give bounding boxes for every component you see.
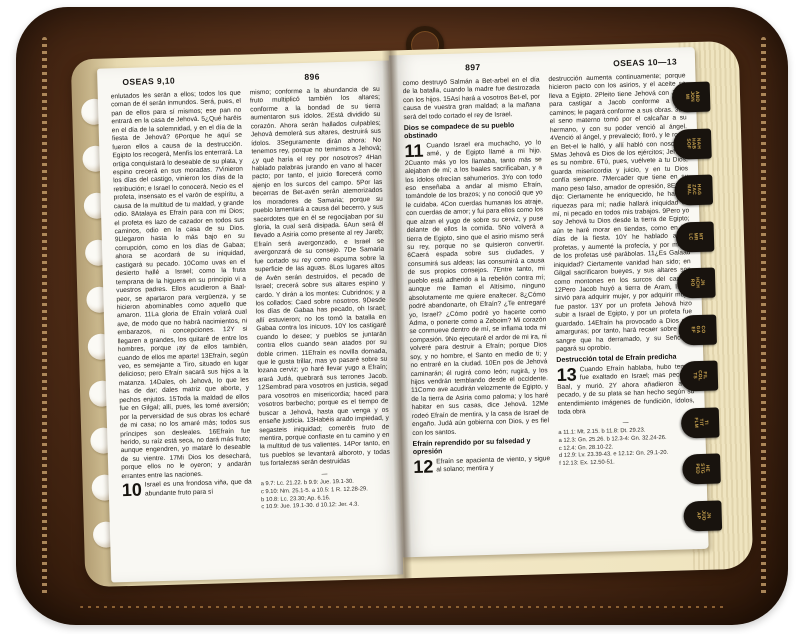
chapter-start: 13Cuando Efraín hablaba, hubo temor; fue…	[557, 363, 695, 417]
chapter-start: 11Cuando Israel era muchacho, yo lo amé,…	[404, 139, 549, 438]
thumb-tab-label: MTMRLC	[687, 232, 702, 240]
thumb-tab-co-ga-ef: COGAEF	[678, 314, 717, 345]
right-page: 897 OSEAS 10—13 como destruyó Salmán a B…	[389, 47, 709, 557]
thumb-tab-label: ABDJONMI	[683, 91, 698, 102]
thumb-tab-label: COGAEF	[690, 326, 705, 334]
thumb-tab-label: HESTGPED	[694, 464, 709, 475]
section-heading: Efraín reprendido por su falsedad y opre…	[413, 437, 550, 457]
chapter-number: 10	[122, 483, 142, 498]
thumb-tab-label: FILCOLTS	[691, 370, 706, 381]
bible-paragraph: como destruyó Salmán a Bet-arbel en el d…	[402, 76, 540, 122]
zipper-teeth-right	[761, 37, 766, 595]
section-heading: Dios se compadece de su pueblo obstinado	[404, 122, 541, 142]
thumb-tab-mt-mr-lc: MTMRLC	[676, 221, 715, 252]
stitching-bottom	[80, 606, 724, 608]
footnotes: —a 9.7: Lc. 21.22. b 9.9: Jue. 19.1-30.c…	[260, 469, 391, 512]
left-page-column-2: mismo; conforme a la abundancia de su fr…	[250, 86, 393, 570]
chapter-start: 10Israel es una frondosa viña, que da ab…	[122, 479, 252, 499]
right-page-header: 897 OSEAS 10—13	[402, 56, 685, 74]
thumb-tab-jn-jud-ap: JNJUDAP	[683, 500, 722, 531]
thumb-tab-nah-hab-sof: NAHHABSOF	[673, 128, 712, 159]
bible-paragraph: enlutados les serán a ellos; todos los q…	[111, 90, 252, 482]
thumb-tab-jn-hch-ro: JNHCHRO	[677, 268, 716, 299]
thumb-tab-he-stg-ped: HESTGPED	[682, 453, 721, 484]
left-page: OSEAS 9,10 896 enlutados les serán a ell…	[97, 61, 403, 583]
thumb-tab-label: NAHHABSOF	[685, 138, 700, 149]
thumb-tab-abd-jon-mi: ABDJONMI	[672, 82, 711, 113]
left-page-column-1: enlutados les serán a ellos; todos los q…	[111, 90, 254, 574]
chapter-number: 13	[557, 367, 577, 382]
bible-paragraph: destrucción aumenta continuamente; porqu…	[548, 72, 693, 354]
chapter-number: 12	[413, 459, 433, 474]
right-page-column-1: como destruyó Salmán a Bet-arbel en el d…	[402, 76, 552, 549]
thumb-tab-label: TITITFLM	[692, 417, 707, 428]
bible-photo: OSEAS 9,10 896 enlutados les serán a ell…	[0, 0, 800, 634]
thumb-tab-label: JNHCHRO	[689, 277, 704, 288]
thumb-tab-label: JNJUDAP	[695, 510, 710, 521]
thumb-tab-ti-tit-flm: TITITFLM	[681, 407, 720, 438]
running-head-left: OSEAS 9,10	[110, 76, 175, 88]
open-page-spread: OSEAS 9,10 896 enlutados les serán a ell…	[71, 41, 753, 587]
thumb-tab-fil-col-ts: FILCOLTS	[679, 360, 718, 391]
thumb-tab-hag-zac-mal: HAGZACMAL	[674, 175, 713, 206]
zipper-teeth-left	[42, 37, 47, 595]
chapter-number: 11	[404, 143, 423, 158]
footnotes: —a 11.1: Mt. 2.15. b 11.8: Dt. 29.23.a 1…	[558, 418, 696, 469]
page-number-left: 896	[304, 71, 320, 81]
left-page-header: OSEAS 9,10 896	[110, 70, 379, 88]
page-number-right: 897	[465, 62, 481, 72]
thumb-tab-label: HAGZACMAL	[686, 184, 701, 196]
running-head-right: OSEAS 10—13	[613, 56, 685, 68]
bible-paragraph: mismo; conforme a la abundancia de su fr…	[250, 86, 391, 469]
chapter-start: 12Efraín se apacienta de viento, y sigue…	[413, 455, 550, 476]
